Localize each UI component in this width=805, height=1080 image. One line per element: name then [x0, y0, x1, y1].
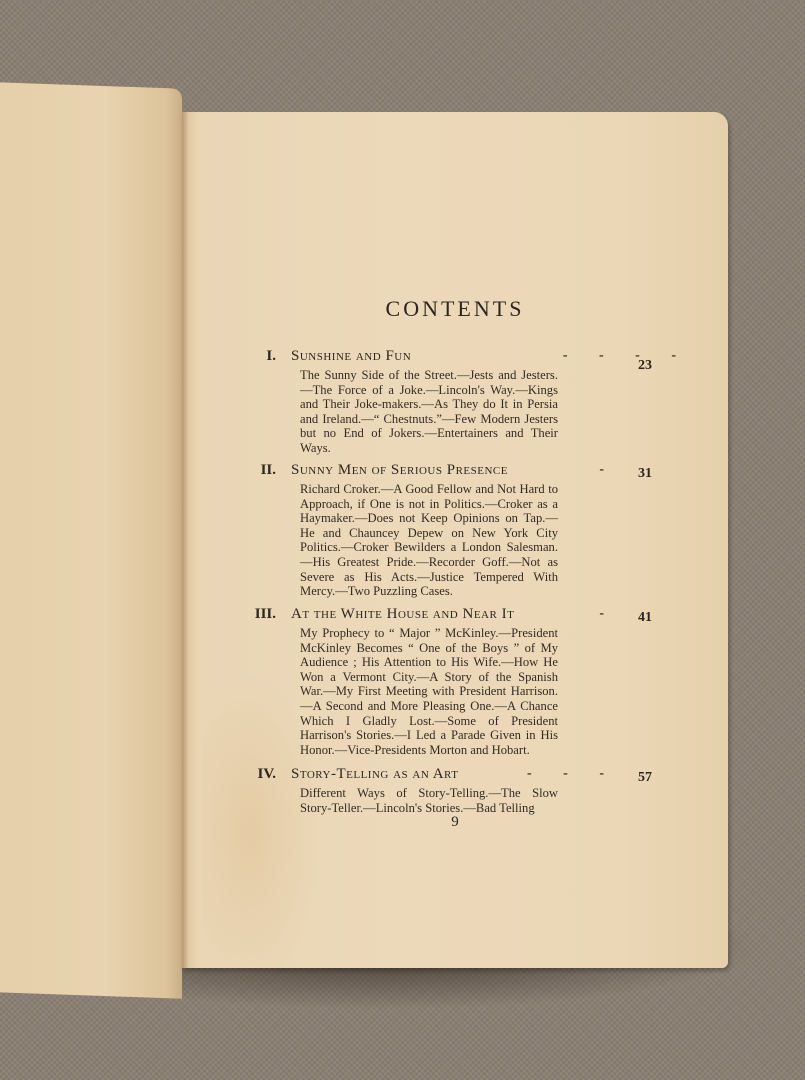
chapter-title: Story-Telling as an Art	[291, 766, 458, 783]
dot-leader: -	[599, 462, 618, 478]
chapter-number: II.	[261, 462, 276, 479]
chapter-number: IV.	[258, 766, 277, 783]
chapter-page-number: 31	[638, 466, 652, 482]
chapter-summary: My Prophecy to “ Major ” McKinley.—Presi…	[300, 626, 558, 757]
dot-leader: - - - -	[563, 348, 690, 364]
dot-leader: -	[599, 606, 618, 622]
toc-entry-3: III. At the White House and Near It - 41…	[240, 606, 660, 757]
right-page: CONTENTS I. Sunshine and Fun - - - - 23 …	[182, 112, 728, 968]
gutter	[182, 112, 188, 968]
page-title: CONTENTS	[182, 296, 728, 322]
dot-leader: - - -	[527, 766, 618, 782]
chapter-summary: Different Ways of Story-Telling.—The Slo…	[300, 786, 558, 815]
chapter-summary: Richard Croker.—A Good Fellow and Not Ha…	[300, 482, 558, 599]
chapter-number: I.	[266, 348, 276, 365]
chapter-title: At the White House and Near It	[291, 606, 514, 623]
toc-entry-2: II. Sunny Men of Serious Presence - 31 R…	[240, 462, 660, 599]
left-page-blank	[0, 82, 182, 999]
chapter-number: III.	[255, 606, 276, 623]
chapter-page-number: 23	[638, 358, 652, 374]
chapter-page-number: 57	[638, 770, 652, 786]
toc-entry-1: I. Sunshine and Fun - - - - 23 The Sunny…	[240, 348, 660, 456]
page-number: 9	[182, 814, 728, 831]
toc-entry-4: IV. Story-Telling as an Art - - - 57 Dif…	[240, 766, 660, 815]
chapter-page-number: 41	[638, 610, 652, 626]
chapter-title: Sunshine and Fun	[291, 348, 411, 365]
chapter-title: Sunny Men of Serious Presence	[291, 462, 508, 479]
chapter-summary: The Sunny Side of the Street.—Jests and …	[300, 368, 558, 456]
